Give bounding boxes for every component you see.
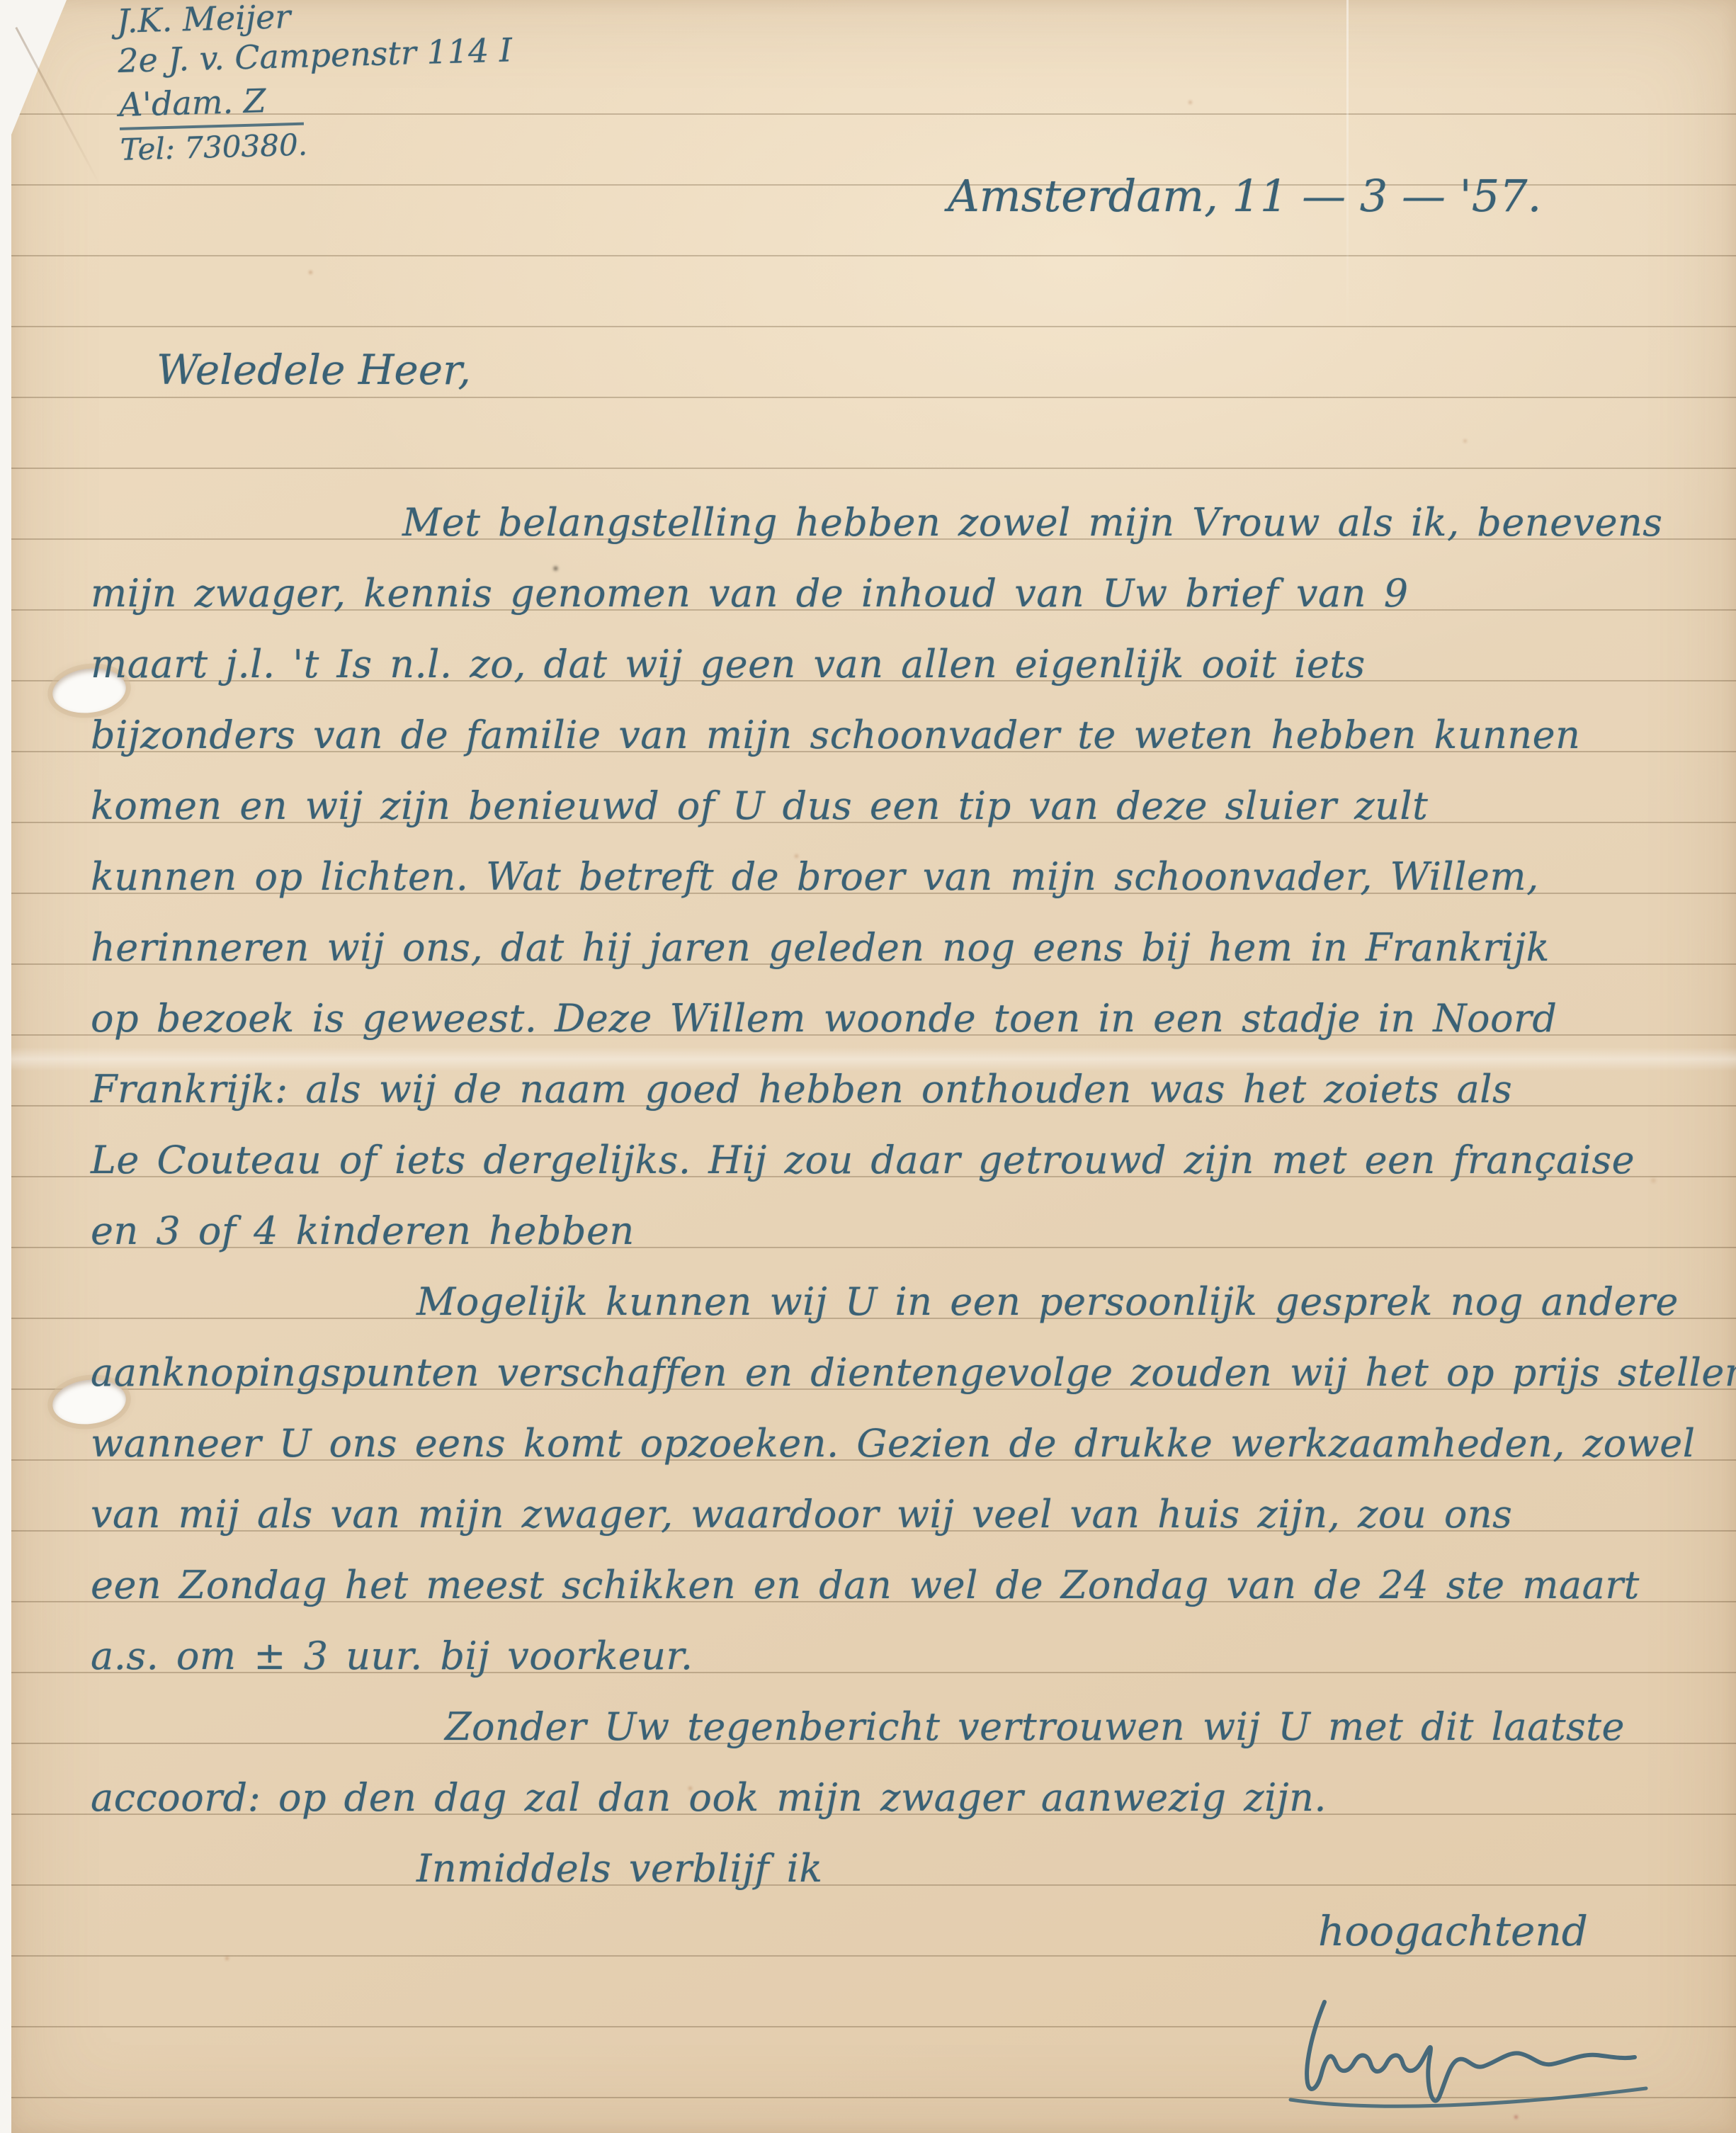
body-line: accoord: op den dag zal dan ook mijn zwa… [91, 1763, 1736, 1833]
body-line: maart j.l. 't Is n.l. zo, dat wij geen v… [91, 629, 1736, 700]
body-line: aanknopingspunten verschaffen en dienten… [91, 1337, 1736, 1408]
body-line: wanneer U ons eens komt opzoeken. Gezien… [91, 1408, 1736, 1479]
paragraph-2: Mogelijk kunnen wij U in een persoonlijk… [91, 1267, 1736, 1692]
body-line: Le Couteau of iets dergelijks. Hij zou d… [91, 1125, 1736, 1196]
body-line: Zonder Uw tegenbericht vertrouwen wij U … [91, 1692, 1736, 1763]
letter-body: Met belangstelling hebben zowel mijn Vro… [91, 487, 1736, 1904]
paragraph-1: Met belangstelling hebben zowel mijn Vro… [91, 487, 1736, 1267]
paper-sheet: J.K. Meijer 2e J. v. Campenstr 114 I A'd… [11, 0, 1736, 2133]
date-line: Amsterdam, 11 — 3 — '57. [948, 170, 1541, 222]
body-line: Mogelijk kunnen wij U in een persoonlijk… [91, 1267, 1736, 1337]
body-line: van mij als van mijn zwager, waardoor wi… [91, 1479, 1736, 1550]
body-line: en 3 of 4 kinderen hebben [91, 1196, 1736, 1267]
body-line: bijzonders van de familie van mijn schoo… [91, 700, 1736, 771]
pre-closing: Inmiddels verblijf ik [91, 1833, 1736, 1904]
signature-underline [1290, 2088, 1646, 2106]
body-line: komen en wij zijn benieuwd of U dus een … [91, 771, 1736, 842]
salutation: Weledele Heer, [157, 346, 471, 394]
scanned-letter-page: J.K. Meijer 2e J. v. Campenstr 114 I A'd… [0, 0, 1736, 2133]
body-line: een Zondag het meest schikken en dan wel… [91, 1550, 1736, 1621]
letterhead-city: A'dam. Z [118, 80, 303, 130]
letterhead: J.K. Meijer 2e J. v. Campenstr 114 I A'd… [116, 0, 515, 170]
body-line: a.s. om ± 3 uur. bij voorkeur. [91, 1621, 1736, 1692]
signature: Meijer [1278, 1992, 1674, 2120]
body-line: op bezoek is geweest. Deze Willem woonde… [91, 983, 1736, 1054]
paragraph-3: Zonder Uw tegenbericht vertrouwen wij U … [91, 1692, 1736, 1833]
vertical-crease [1346, 0, 1349, 333]
body-line: herinneren wij ons, dat hij jaren gelede… [91, 912, 1736, 983]
body-line: Frankrijk: als wij de naam goed hebben o… [91, 1054, 1736, 1125]
body-line: kunnen op lichten. Wat betreft de broer … [91, 842, 1736, 912]
body-line: mijn zwager, kennis genomen van de inhou… [91, 558, 1736, 629]
age-speckles [11, 0, 15, 4]
valediction: hoogachtend [1318, 1907, 1588, 1955]
body-line: Met belangstelling hebben zowel mijn Vro… [91, 487, 1736, 558]
